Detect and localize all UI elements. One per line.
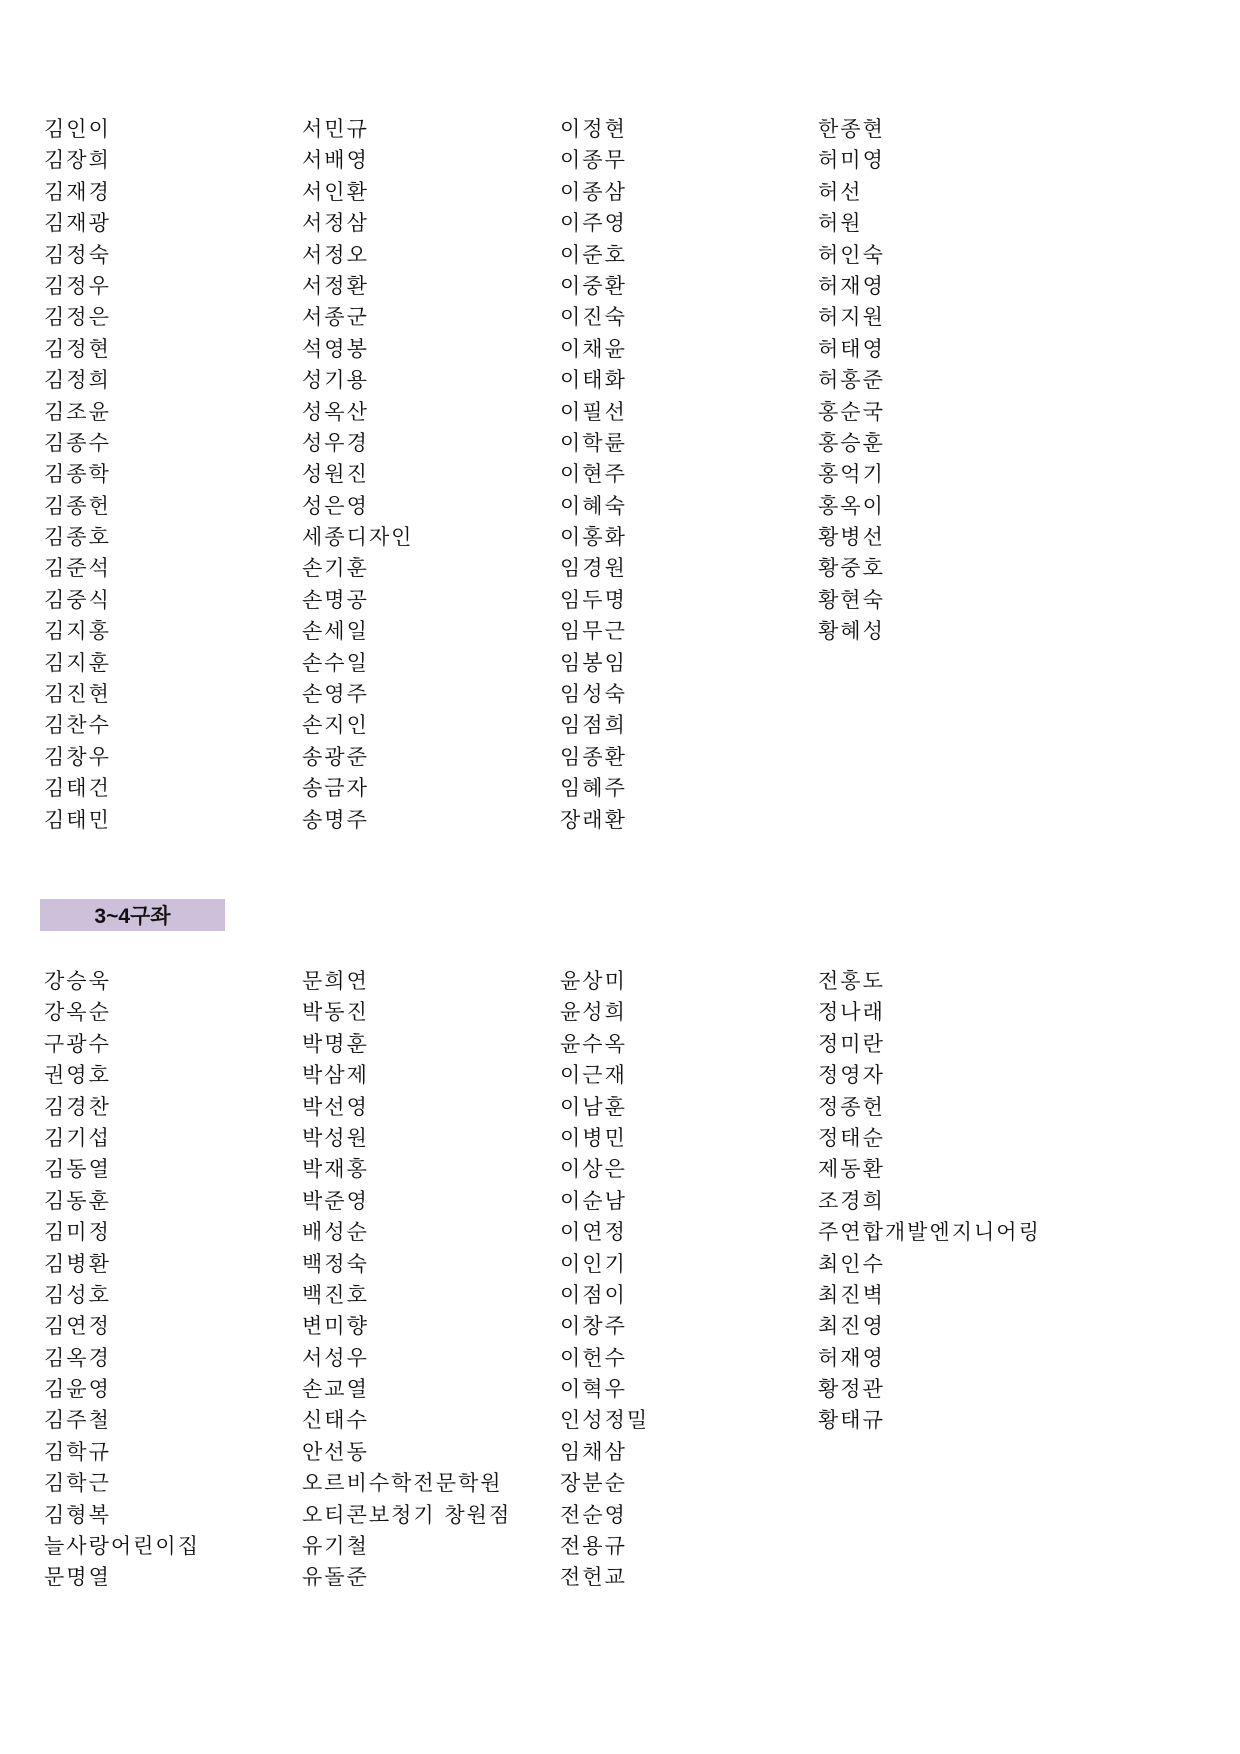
- donor-name: 문희연: [302, 966, 560, 997]
- donor-name: 오르비수학전문학원: [302, 1468, 560, 1499]
- donor-name: 성원진: [302, 459, 560, 490]
- donor-name: 송금자: [302, 773, 560, 804]
- donor-name: 전순영: [560, 1500, 818, 1531]
- donor-name: 이순남: [560, 1186, 818, 1217]
- donor-name: 김지홍: [44, 616, 302, 647]
- donor-name: 이헌수: [560, 1343, 818, 1374]
- donor-name: 임종환: [560, 742, 818, 773]
- donor-name: 김장희: [44, 145, 302, 176]
- donor-name: 서민규: [302, 114, 560, 145]
- donor-name: 김종헌: [44, 491, 302, 522]
- donor-name: 세종디자인: [302, 522, 560, 553]
- donor-name: 김종학: [44, 459, 302, 490]
- name-column-1: 강승욱강옥순구광수권영호김경찬김기섭김동열김동훈김미정김병환김성호김연정김옥경김…: [44, 966, 302, 1594]
- donor-name: 손명공: [302, 585, 560, 616]
- donor-name: 임두명: [560, 585, 818, 616]
- donor-name: 홍순국: [818, 397, 1138, 428]
- donor-name: 김태민: [44, 805, 302, 836]
- name-column-4: 한종현허미영허선허원허인숙허재영허지원허태영허홍준홍순국홍승훈홍억기홍옥이황병선…: [818, 114, 1138, 836]
- donor-name: 임봉임: [560, 648, 818, 679]
- donor-name: 박동진: [302, 997, 560, 1028]
- donor-name: 송광준: [302, 742, 560, 773]
- donor-name: 정종헌: [818, 1092, 1138, 1123]
- donor-list-section-1: 김인이김장희김재경김재광김정숙김정우김정은김정현김정희김조윤김종수김종학김종헌김…: [44, 114, 1138, 836]
- donor-name: 정태순: [818, 1123, 1138, 1154]
- donor-name: 허재영: [818, 271, 1138, 302]
- donor-name: 강승욱: [44, 966, 302, 997]
- donor-name: 이근재: [560, 1060, 818, 1091]
- donor-name: 김지훈: [44, 648, 302, 679]
- donor-name: 유돌준: [302, 1562, 560, 1593]
- donor-name: 이필선: [560, 397, 818, 428]
- donor-name: 김재경: [44, 177, 302, 208]
- donor-name: 윤수옥: [560, 1029, 818, 1060]
- donor-name: 장래환: [560, 805, 818, 836]
- donor-name: 김형복: [44, 1500, 302, 1531]
- donor-name: 백진호: [302, 1280, 560, 1311]
- donor-name: 최진영: [818, 1311, 1138, 1342]
- donor-name: 임무근: [560, 616, 818, 647]
- donor-name: 김동열: [44, 1154, 302, 1185]
- name-column-2: 문희연박동진박명훈박삼제박선영박성원박재홍박준영배성순백정숙백진호변미향서성우손…: [302, 966, 560, 1594]
- donor-name: 한종현: [818, 114, 1138, 145]
- section-header-3-4: 3~4구좌: [40, 899, 225, 931]
- donor-name: 김주철: [44, 1405, 302, 1436]
- donor-name: 이정현: [560, 114, 818, 145]
- donor-name: 황정관: [818, 1374, 1138, 1405]
- donor-name: 인성정밀: [560, 1405, 818, 1436]
- donor-name: 황혜성: [818, 616, 1138, 647]
- donor-name: 서성우: [302, 1343, 560, 1374]
- donor-name: 전홍도: [818, 966, 1138, 997]
- donor-name: 김찬수: [44, 710, 302, 741]
- donor-name: 전헌교: [560, 1562, 818, 1593]
- donor-name: 손영주: [302, 679, 560, 710]
- donor-name: 늘사랑어린이집: [44, 1531, 302, 1562]
- donor-name: 서인환: [302, 177, 560, 208]
- donor-name: 장분순: [560, 1468, 818, 1499]
- donor-name: 김옥경: [44, 1343, 302, 1374]
- donor-name: 박삼제: [302, 1060, 560, 1091]
- donor-name: 홍억기: [818, 459, 1138, 490]
- donor-name: 김경찬: [44, 1092, 302, 1123]
- donor-name: 이남훈: [560, 1092, 818, 1123]
- name-column-2: 서민규서배영서인환서정삼서정오서정환서종군석영봉성기용성옥산성우경성원진성은영세…: [302, 114, 560, 836]
- donor-name: 허지원: [818, 302, 1138, 333]
- donor-name: 손기훈: [302, 553, 560, 584]
- donor-name: 최인수: [818, 1249, 1138, 1280]
- donor-name: 이혁우: [560, 1374, 818, 1405]
- donor-name: 김성호: [44, 1280, 302, 1311]
- donor-name: 손지인: [302, 710, 560, 741]
- donor-name: 김창우: [44, 742, 302, 773]
- donor-name: 안선동: [302, 1437, 560, 1468]
- donor-name: 윤상미: [560, 966, 818, 997]
- donor-name: 김정현: [44, 334, 302, 365]
- donor-name: 임혜주: [560, 773, 818, 804]
- donor-name: 김정우: [44, 271, 302, 302]
- donor-name: 허재영: [818, 1343, 1138, 1374]
- donor-name: 제동환: [818, 1154, 1138, 1185]
- donor-name: 김종수: [44, 428, 302, 459]
- donor-name: 김미정: [44, 1217, 302, 1248]
- donor-name: 서정오: [302, 240, 560, 271]
- donor-name: 서정환: [302, 271, 560, 302]
- donor-name: 김종호: [44, 522, 302, 553]
- donor-name: 김학규: [44, 1437, 302, 1468]
- donor-name: 문명열: [44, 1562, 302, 1593]
- name-column-1: 김인이김장희김재경김재광김정숙김정우김정은김정현김정희김조윤김종수김종학김종헌김…: [44, 114, 302, 836]
- donor-name: 석영봉: [302, 334, 560, 365]
- donor-name: 조경희: [818, 1186, 1138, 1217]
- donor-name: 허미영: [818, 145, 1138, 176]
- donor-name: 주연합개발엔지니어링: [818, 1217, 1138, 1248]
- donor-name: 정영자: [818, 1060, 1138, 1091]
- donor-name: 이인기: [560, 1249, 818, 1280]
- donor-name: 김준석: [44, 553, 302, 584]
- donor-name: 이혜숙: [560, 491, 818, 522]
- donor-name: 허홍준: [818, 365, 1138, 396]
- donor-name: 오티콘보청기 창원점: [302, 1500, 560, 1531]
- donor-name: 성옥산: [302, 397, 560, 428]
- donor-name: 김인이: [44, 114, 302, 145]
- donor-name: 이연정: [560, 1217, 818, 1248]
- donor-name: 윤성희: [560, 997, 818, 1028]
- donor-name: 박재홍: [302, 1154, 560, 1185]
- donor-name: 김병환: [44, 1249, 302, 1280]
- donor-name: 송명주: [302, 805, 560, 836]
- donor-name: 손교열: [302, 1374, 560, 1405]
- donor-name: 성우경: [302, 428, 560, 459]
- name-column-3: 윤상미윤성희윤수옥이근재이남훈이병민이상은이순남이연정이인기이점이이창주이헌수이…: [560, 966, 818, 1594]
- donor-name: 홍옥이: [818, 491, 1138, 522]
- donor-name: 박성원: [302, 1123, 560, 1154]
- donor-name: 김연정: [44, 1311, 302, 1342]
- donor-name: 허선: [818, 177, 1138, 208]
- donor-name: 성기용: [302, 365, 560, 396]
- donor-name: 임경원: [560, 553, 818, 584]
- donor-name: 이상은: [560, 1154, 818, 1185]
- donor-name: 김재광: [44, 208, 302, 239]
- donor-name: 구광수: [44, 1029, 302, 1060]
- donor-name: 강옥순: [44, 997, 302, 1028]
- donor-name: 백정숙: [302, 1249, 560, 1280]
- donor-name: 홍승훈: [818, 428, 1138, 459]
- donor-name: 이현주: [560, 459, 818, 490]
- donor-name: 황병선: [818, 522, 1138, 553]
- donor-name: 이학륜: [560, 428, 818, 459]
- donor-name: 이창주: [560, 1311, 818, 1342]
- donor-name: 박준영: [302, 1186, 560, 1217]
- donor-name: 정나래: [818, 997, 1138, 1028]
- donor-name: 김진현: [44, 679, 302, 710]
- donor-name: 성은영: [302, 491, 560, 522]
- donor-name: 변미향: [302, 1311, 560, 1342]
- donor-name: 전용규: [560, 1531, 818, 1562]
- donor-name: 이종무: [560, 145, 818, 176]
- donor-name: 손수일: [302, 648, 560, 679]
- donor-name: 이준호: [560, 240, 818, 271]
- donor-name: 유기철: [302, 1531, 560, 1562]
- donor-name: 허원: [818, 208, 1138, 239]
- donor-name: 김조윤: [44, 397, 302, 428]
- donor-name: 이중환: [560, 271, 818, 302]
- donor-name: 최진벽: [818, 1280, 1138, 1311]
- donor-name: 김학근: [44, 1468, 302, 1499]
- donor-name: 이점이: [560, 1280, 818, 1311]
- donor-name: 서배영: [302, 145, 560, 176]
- name-column-3: 이정현이종무이종삼이주영이준호이중환이진숙이채윤이태화이필선이학륜이현주이혜숙이…: [560, 114, 818, 836]
- donor-name: 이홍화: [560, 522, 818, 553]
- donor-name: 신태수: [302, 1405, 560, 1436]
- donor-name: 서정삼: [302, 208, 560, 239]
- donor-name: 황중호: [818, 553, 1138, 584]
- donor-name: 박명훈: [302, 1029, 560, 1060]
- donor-name: 서종군: [302, 302, 560, 333]
- donor-name: 임성숙: [560, 679, 818, 710]
- donor-name: 김정은: [44, 302, 302, 333]
- section-header-label: 3~4구좌: [94, 900, 170, 930]
- donor-name: 이주영: [560, 208, 818, 239]
- donor-name: 배성순: [302, 1217, 560, 1248]
- donor-name: 임점희: [560, 710, 818, 741]
- donor-name: 김윤영: [44, 1374, 302, 1405]
- donor-name: 이병민: [560, 1123, 818, 1154]
- donor-name: 이태화: [560, 365, 818, 396]
- donor-name: 허태영: [818, 334, 1138, 365]
- donor-name: 손세일: [302, 616, 560, 647]
- donor-name: 허인숙: [818, 240, 1138, 271]
- name-column-4: 전홍도정나래정미란정영자정종헌정태순제동환조경희주연합개발엔지니어링최인수최진벽…: [818, 966, 1138, 1594]
- donor-name: 김정희: [44, 365, 302, 396]
- donor-name: 황태규: [818, 1405, 1138, 1436]
- donor-name: 정미란: [818, 1029, 1138, 1060]
- donor-list-section-2: 강승욱강옥순구광수권영호김경찬김기섭김동열김동훈김미정김병환김성호김연정김옥경김…: [44, 966, 1138, 1594]
- donor-name: 김태건: [44, 773, 302, 804]
- donor-name: 이진숙: [560, 302, 818, 333]
- donor-name: 권영호: [44, 1060, 302, 1091]
- donor-name: 김중식: [44, 585, 302, 616]
- donor-name: 김정숙: [44, 240, 302, 271]
- donor-name: 박선영: [302, 1092, 560, 1123]
- donor-name: 임채삼: [560, 1437, 818, 1468]
- donor-name: 이종삼: [560, 177, 818, 208]
- donor-name: 김기섭: [44, 1123, 302, 1154]
- donor-name: 이채윤: [560, 334, 818, 365]
- donor-name: 김동훈: [44, 1186, 302, 1217]
- donor-name: 황현숙: [818, 585, 1138, 616]
